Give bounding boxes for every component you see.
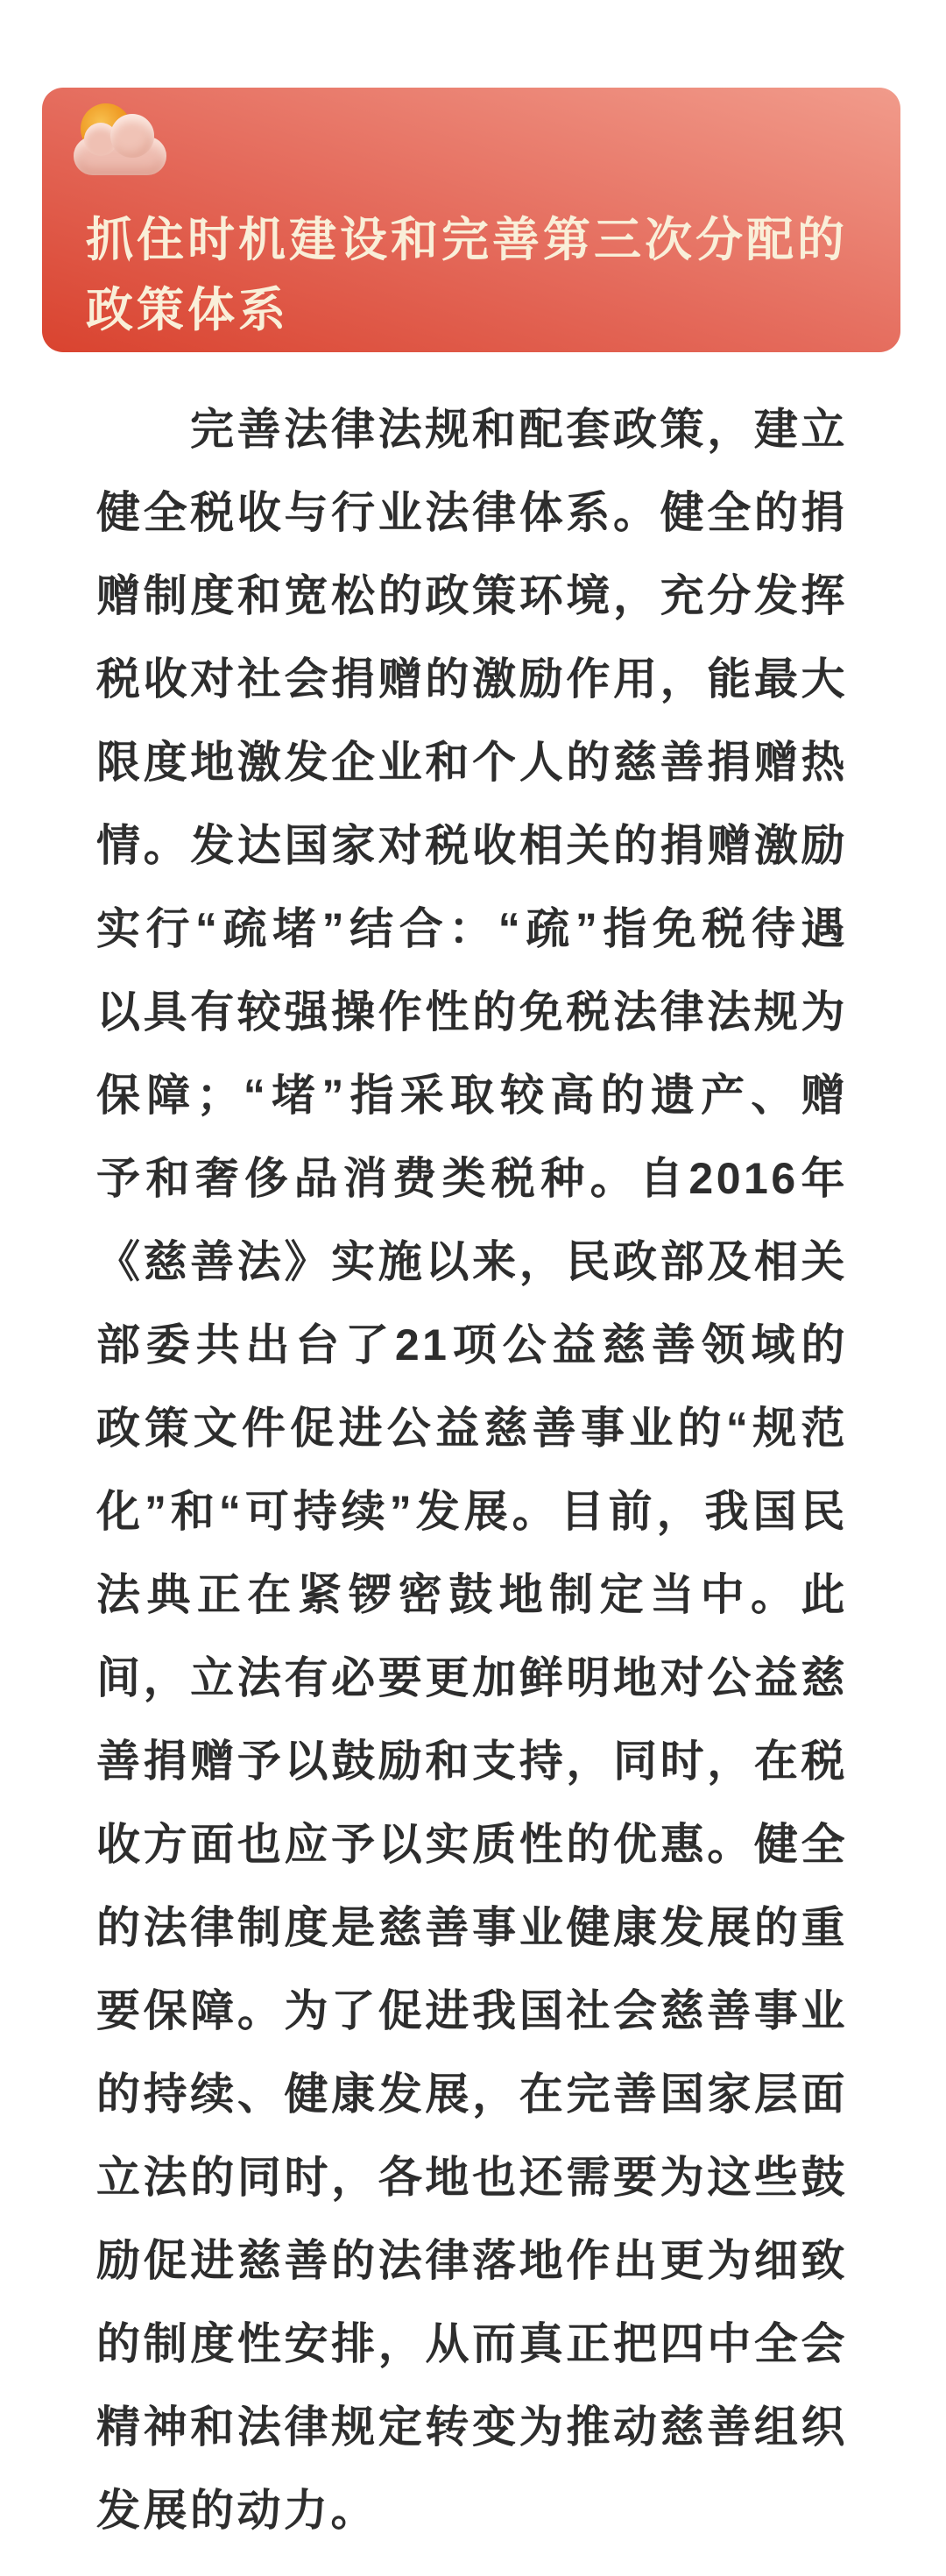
- cloud-icon: [74, 137, 166, 175]
- sun-cloud-icon: [74, 103, 172, 179]
- page-title-line-2: 政策体系: [86, 275, 857, 345]
- page-title-line-1: 抓住时机建设和完善第三次分配的: [86, 205, 857, 275]
- page: { "page": { "background": "#ffffff" }, "…: [0, 0, 946, 2576]
- article-paragraph: 完善法律法规和配套政策，建立健全税收与行业法律体系。健全的捐赠制度和宽松的政策环…: [96, 388, 848, 2552]
- header-card: 抓住时机建设和完善第三次分配的 政策体系: [42, 88, 900, 352]
- page-title: 抓住时机建设和完善第三次分配的 政策体系: [86, 205, 857, 345]
